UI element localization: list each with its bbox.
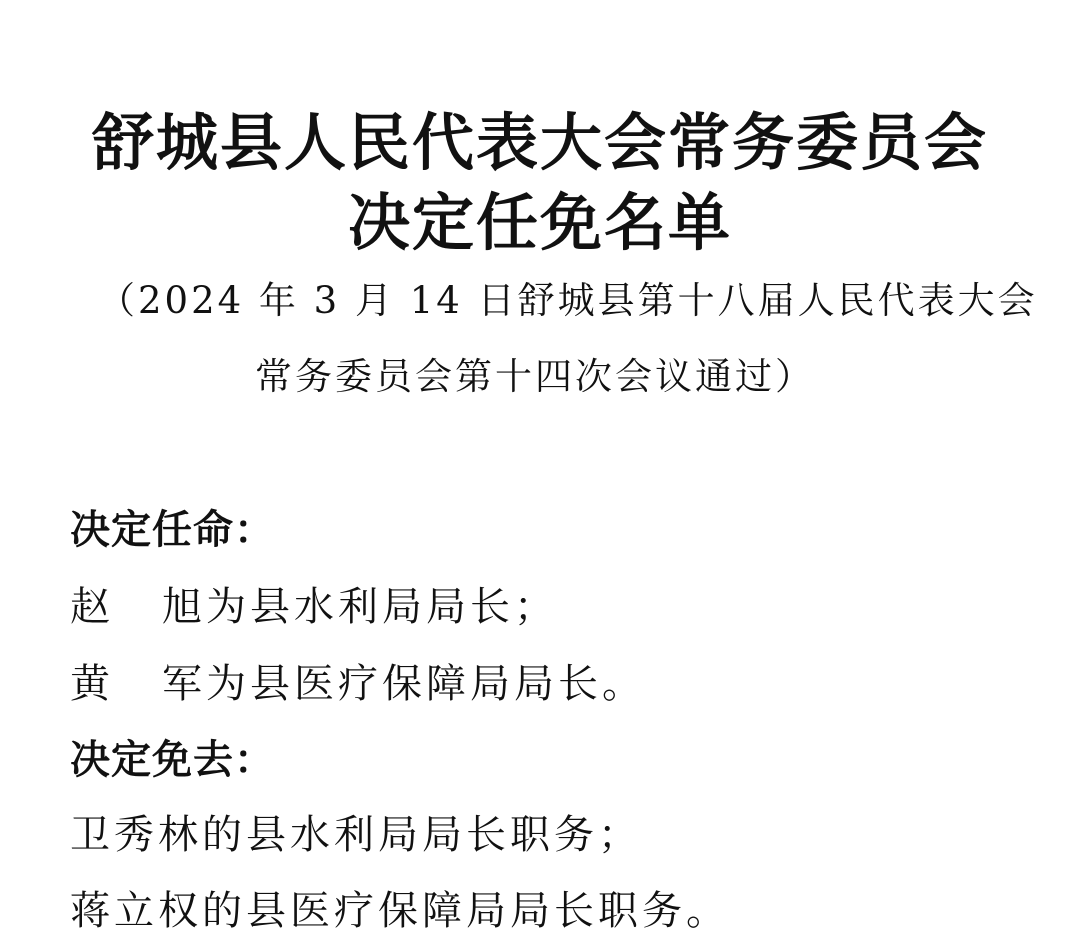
removal-item: 蒋立权的县医疗保障局局长职务。 bbox=[70, 891, 730, 931]
appointment-item: 黄军为县医疗保障局局长。 bbox=[70, 664, 646, 704]
appointment-text: 旭为县水利局局长； bbox=[162, 584, 558, 630]
appointee-surname: 黄 bbox=[70, 664, 114, 704]
appointment-text: 军为县医疗保障局局长。 bbox=[162, 661, 646, 707]
subtitle-line-2: 常务委员会第十四次会议通过） bbox=[255, 358, 815, 395]
subtitle-line-1: （2024 年 3 月 14 日舒城县第十八届人民代表大会 bbox=[98, 282, 1038, 319]
document-title-line-1: 舒城县人民代表大会常务委员会 bbox=[0, 112, 1080, 174]
appointee-surname: 赵 bbox=[70, 587, 114, 627]
appointments-heading: 决定任命： bbox=[70, 510, 275, 550]
removal-item: 卫秀林的县水利局局长职务； bbox=[70, 815, 642, 855]
appointment-item: 赵旭为县水利局局长； bbox=[70, 587, 558, 627]
removals-heading: 决定免去： bbox=[70, 740, 275, 780]
document-title-line-2: 决定任免名单 bbox=[0, 192, 1080, 254]
